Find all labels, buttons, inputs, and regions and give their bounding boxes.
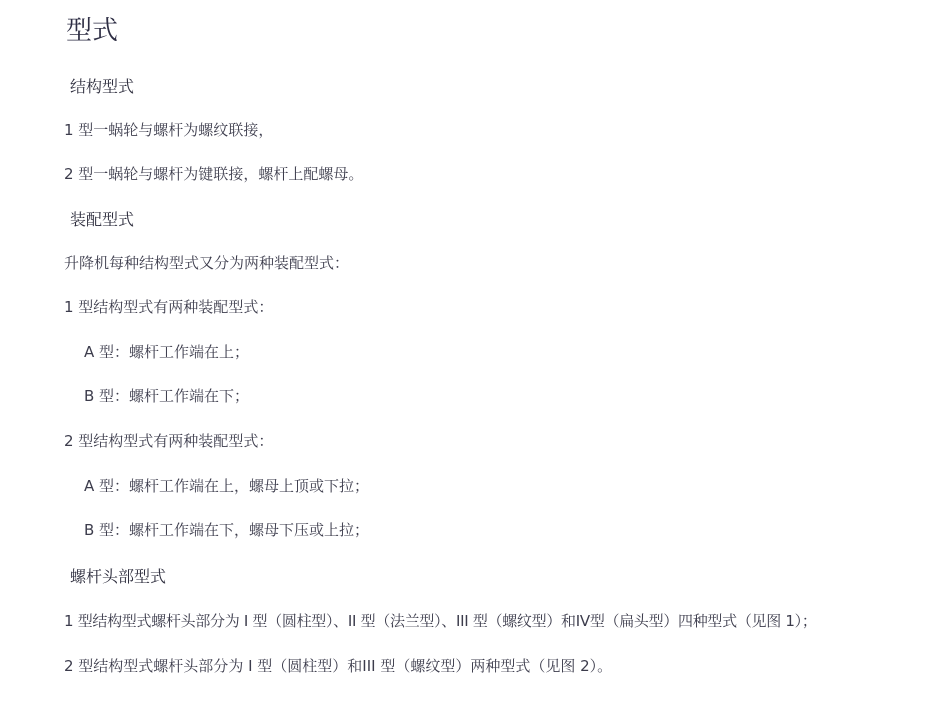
paragraph-type1-b: B 型：螺杆工作端在下； <box>84 385 249 407</box>
section-heading-structure-type: 结构型式 <box>70 76 134 98</box>
paragraph-type2-screw-head: 2 型结构型式螺杆头部分为 I 型（圆柱型）和III 型（螺纹型）两种型式（见图… <box>64 655 612 677</box>
paragraph-type2-b: B 型：螺杆工作端在下，螺母下压或上拉； <box>84 519 369 541</box>
paragraph-type1-screw-head: 1 型结构型式螺杆头部分为 I 型（圆柱型）、II 型（法兰型）、III 型（螺… <box>64 610 817 632</box>
document-page: 型式 结构型式 1 型一蜗轮与螺杆为螺纹联接， 2 型一蜗轮与螺杆为键联接，螺杆… <box>0 0 950 701</box>
section-heading-screw-head-type: 螺杆头部型式 <box>70 566 166 588</box>
paragraph-assembly-intro: 升降机每种结构型式又分为两种装配型式： <box>64 252 349 274</box>
paragraph-type1-a: A 型：螺杆工作端在上； <box>84 341 249 363</box>
paragraph-type2-assembly: 2 型结构型式有两种装配型式： <box>64 430 273 452</box>
page-title: 型式 <box>66 14 118 48</box>
paragraph-structure-type-2: 2 型一蜗轮与螺杆为键联接，螺杆上配螺母。 <box>64 163 363 185</box>
section-heading-assembly-type: 装配型式 <box>70 209 134 231</box>
paragraph-type2-a: A 型：螺杆工作端在上，螺母上顶或下拉； <box>84 475 369 497</box>
paragraph-structure-type-1: 1 型一蜗轮与螺杆为螺纹联接， <box>64 119 273 141</box>
paragraph-type1-assembly: 1 型结构型式有两种装配型式： <box>64 296 273 318</box>
